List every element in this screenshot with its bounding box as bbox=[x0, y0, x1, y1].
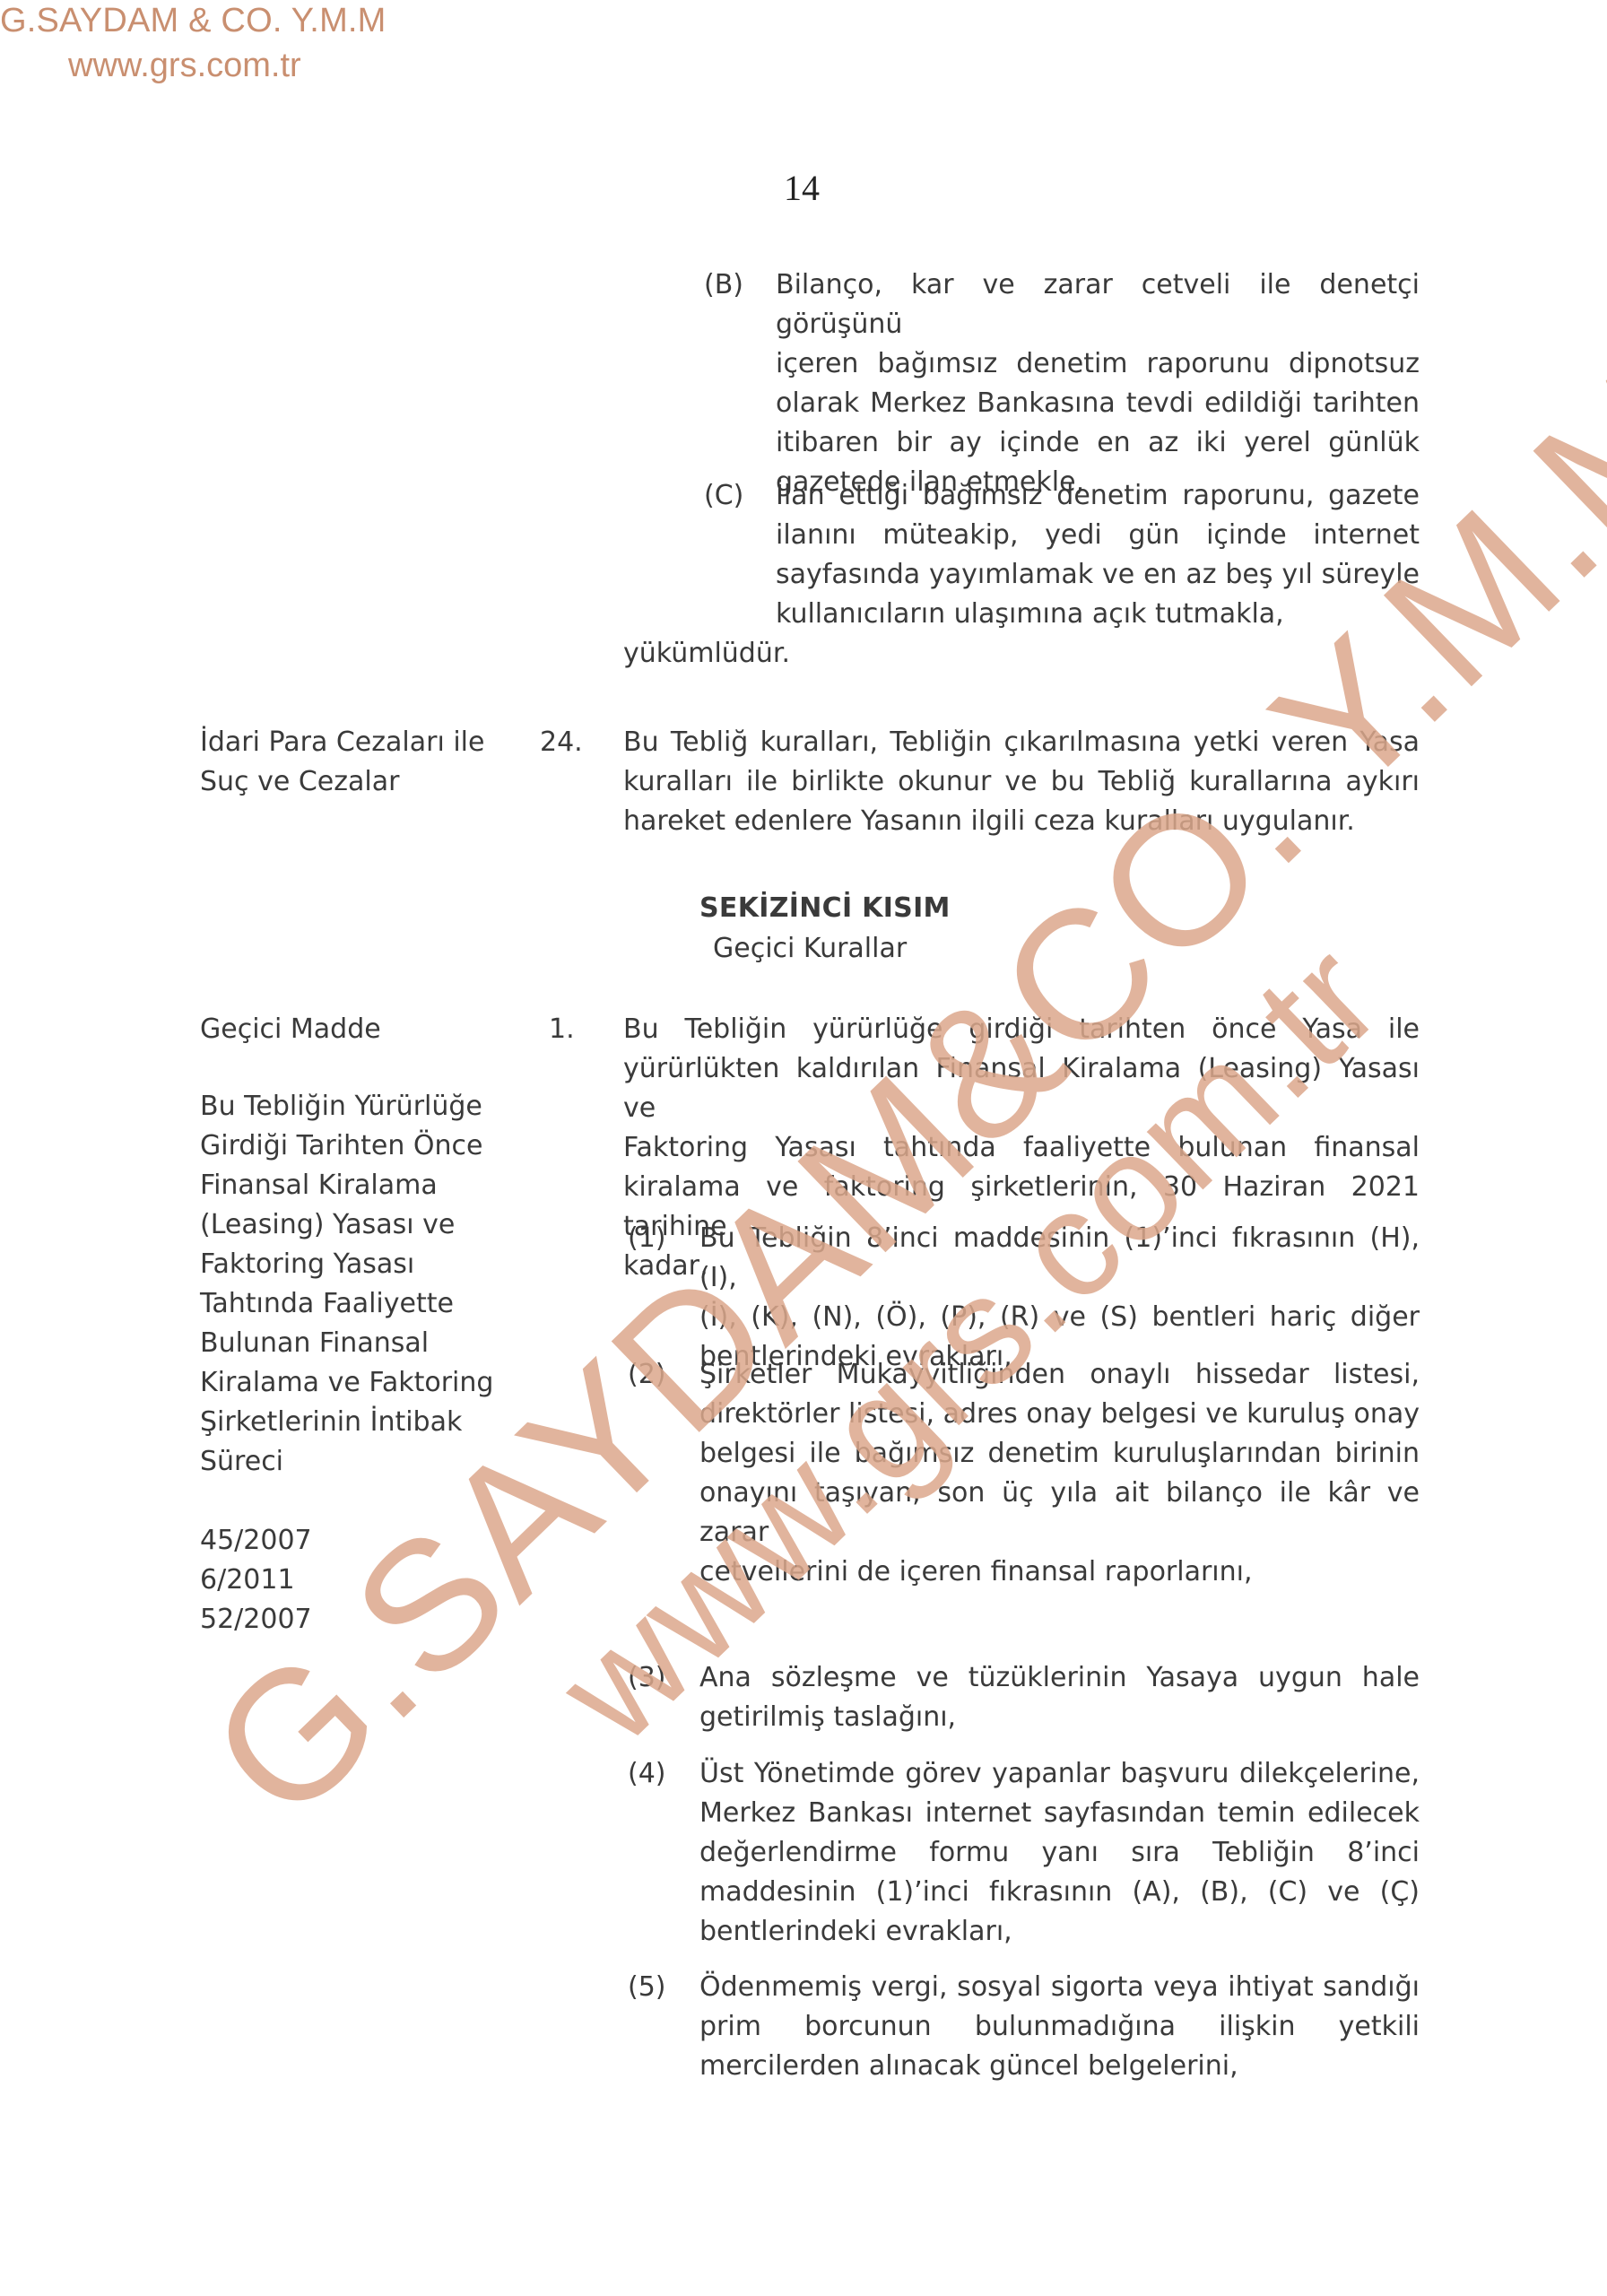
item-marker-b: (B) bbox=[704, 265, 743, 305]
text-line: olarak Merkez Bankasına tevdi edildiği t… bbox=[776, 384, 1420, 423]
item-b-text: Bilanço, kar ve zarar cetveli ile denetç… bbox=[776, 265, 1420, 502]
text-line: mercilerden alınacak güncel belgelerini, bbox=[699, 2047, 1420, 2086]
text-line: direktörler listesi, adres onay belgesi … bbox=[699, 1395, 1420, 1434]
item-2-text: Şirketler Mukayyitliğinden onaylı hissed… bbox=[699, 1355, 1420, 1592]
section-title: SEKİZİNCİ KISIM bbox=[699, 892, 951, 924]
text-line: belgesi ile bağımsız denetim kuruluşları… bbox=[699, 1434, 1420, 1474]
text-line: Faktoring Yasası tahtında faaliyette bul… bbox=[623, 1128, 1420, 1168]
item-marker-2: (2) bbox=[628, 1355, 666, 1395]
article-number-24: 24. bbox=[540, 723, 583, 762]
text-line: prim borcunun bulunmadığına ilişkin yetk… bbox=[699, 2007, 1420, 2047]
text-line: Ana sözleşme ve tüzüklerinin Yasaya uygu… bbox=[699, 1658, 1420, 1698]
text-line: Bilanço, kar ve zarar cetveli ile denetç… bbox=[776, 265, 1420, 344]
side-label-line: Suç ve Cezalar bbox=[200, 762, 484, 802]
text-line: 52/2007 bbox=[200, 1600, 312, 1639]
closing-word: yükümlüdür. bbox=[623, 634, 790, 674]
text-line: yürürlükten kaldırılan Finansal Kiralama… bbox=[623, 1049, 1420, 1128]
side-heading-temporary-article: Bu Tebliğin YürürlüğeGirdiği Tarihten Ön… bbox=[200, 1087, 493, 1482]
text-line: Bu Tebliğin 8’inci maddesinin (1)’inci f… bbox=[699, 1219, 1420, 1298]
text-line: sayfasında yayımlamak ve en az beş yıl s… bbox=[776, 555, 1420, 595]
text-line: kullanıcıların ulaşımına açık tutmakla, bbox=[776, 595, 1420, 634]
side-label-temporary-article: Geçici Madde bbox=[200, 1010, 381, 1049]
page-number: 14 bbox=[784, 167, 820, 209]
text-line: Bu Tebliğin yürürlüğe girdiği tarihten ö… bbox=[623, 1010, 1420, 1049]
text-line: Şirketler Mukayyitliğinden onaylı hissed… bbox=[699, 1355, 1420, 1395]
text-line: (İ), (K), (N), (Ö), (P), (R) ve (S) bent… bbox=[699, 1298, 1420, 1337]
text-line: (Leasing) Yasası ve bbox=[200, 1205, 493, 1245]
item-c-text: İlan ettiği bağımsız denetim raporunu, g… bbox=[776, 476, 1420, 634]
item-3-text: Ana sözleşme ve tüzüklerinin Yasaya uygu… bbox=[699, 1658, 1420, 1737]
text-line: Girdiği Tarihten Önce bbox=[200, 1126, 493, 1166]
text-line: Bulunan Finansal bbox=[200, 1324, 493, 1363]
text-line: cetvellerini de içeren finansal raporlar… bbox=[699, 1552, 1420, 1592]
text-line: Merkez Bankası internet sayfasından temi… bbox=[699, 1794, 1420, 1833]
item-marker-4: (4) bbox=[628, 1754, 666, 1794]
text-line: Tahtında Faaliyette bbox=[200, 1284, 493, 1324]
text-line: maddesinin (1)’inci fıkrasının (A), (B),… bbox=[699, 1873, 1420, 1912]
side-label-article-24: İdari Para Cezaları ile Suç ve Cezalar bbox=[200, 723, 484, 802]
article-24-text: Bu Tebliğ kuralları, Tebliğin çıkarılmas… bbox=[623, 723, 1420, 841]
text-line: kuralları ile birlikte okunur ve bu Tebl… bbox=[623, 762, 1420, 802]
text-line: itibaren bir ay içinde en az iki yerel g… bbox=[776, 423, 1420, 463]
text-line: getirilmiş taslağını, bbox=[699, 1698, 1420, 1737]
item-4-text: Üst Yönetimde görev yapanlar başvuru dil… bbox=[699, 1754, 1420, 1952]
text-line: Süreci bbox=[200, 1442, 493, 1482]
item-1-text: Bu Tebliğin 8’inci maddesinin (1)’inci f… bbox=[699, 1219, 1420, 1377]
item-marker-c: (C) bbox=[704, 476, 743, 516]
text-line: içeren bağımsız denetim raporunu dipnots… bbox=[776, 344, 1420, 384]
text-line: ilanını müteakip, yedi gün içinde intern… bbox=[776, 516, 1420, 555]
item-marker-5: (5) bbox=[628, 1968, 666, 2007]
text-line: Finansal Kiralama bbox=[200, 1166, 493, 1205]
item-marker-1: (1) bbox=[628, 1219, 666, 1258]
text-line: Kiralama ve Faktoring bbox=[200, 1363, 493, 1403]
text-line: onayını taşıyan, son üç yıla ait bilanço… bbox=[699, 1474, 1420, 1552]
text-line: Bu Tebliğ kuralları, Tebliğin çıkarılmas… bbox=[623, 723, 1420, 762]
document-page: G.SAYDAM & CO. Y.M.M www.grs.com.tr 14 (… bbox=[0, 0, 1607, 2296]
text-line: değerlendirme formu yanı sıra Tebliğin 8… bbox=[699, 1833, 1420, 1873]
law-references: 45/20076/201152/2007 bbox=[200, 1521, 312, 1639]
header-website: www.grs.com.tr bbox=[68, 47, 301, 85]
text-line: Ödenmemiş vergi, sosyal sigorta veya iht… bbox=[699, 1968, 1420, 2007]
text-line: 45/2007 bbox=[200, 1521, 312, 1561]
item-5-text: Ödenmemiş vergi, sosyal sigorta veya iht… bbox=[699, 1968, 1420, 2086]
text-line: Bu Tebliğin Yürürlüğe bbox=[200, 1087, 493, 1126]
text-line: Faktoring Yasası bbox=[200, 1245, 493, 1284]
text-line: Üst Yönetimde görev yapanlar başvuru dil… bbox=[699, 1754, 1420, 1794]
header-company-name: G.SAYDAM & CO. Y.M.M bbox=[0, 2, 387, 40]
item-marker-3: (3) bbox=[628, 1658, 666, 1698]
text-line: 6/2011 bbox=[200, 1561, 312, 1600]
text-line: bentlerindeki evrakları, bbox=[699, 1912, 1420, 1952]
side-label-line: İdari Para Cezaları ile bbox=[200, 723, 484, 762]
text-line: İlan ettiği bağımsız denetim raporunu, g… bbox=[776, 476, 1420, 516]
text-line: hareket edenlere Yasanın ilgili ceza kur… bbox=[623, 802, 1420, 841]
section-subtitle: Geçici Kurallar bbox=[713, 933, 907, 964]
article-number-temporary-1: 1. bbox=[549, 1010, 575, 1049]
text-line: Şirketlerinin İntibak bbox=[200, 1403, 493, 1442]
